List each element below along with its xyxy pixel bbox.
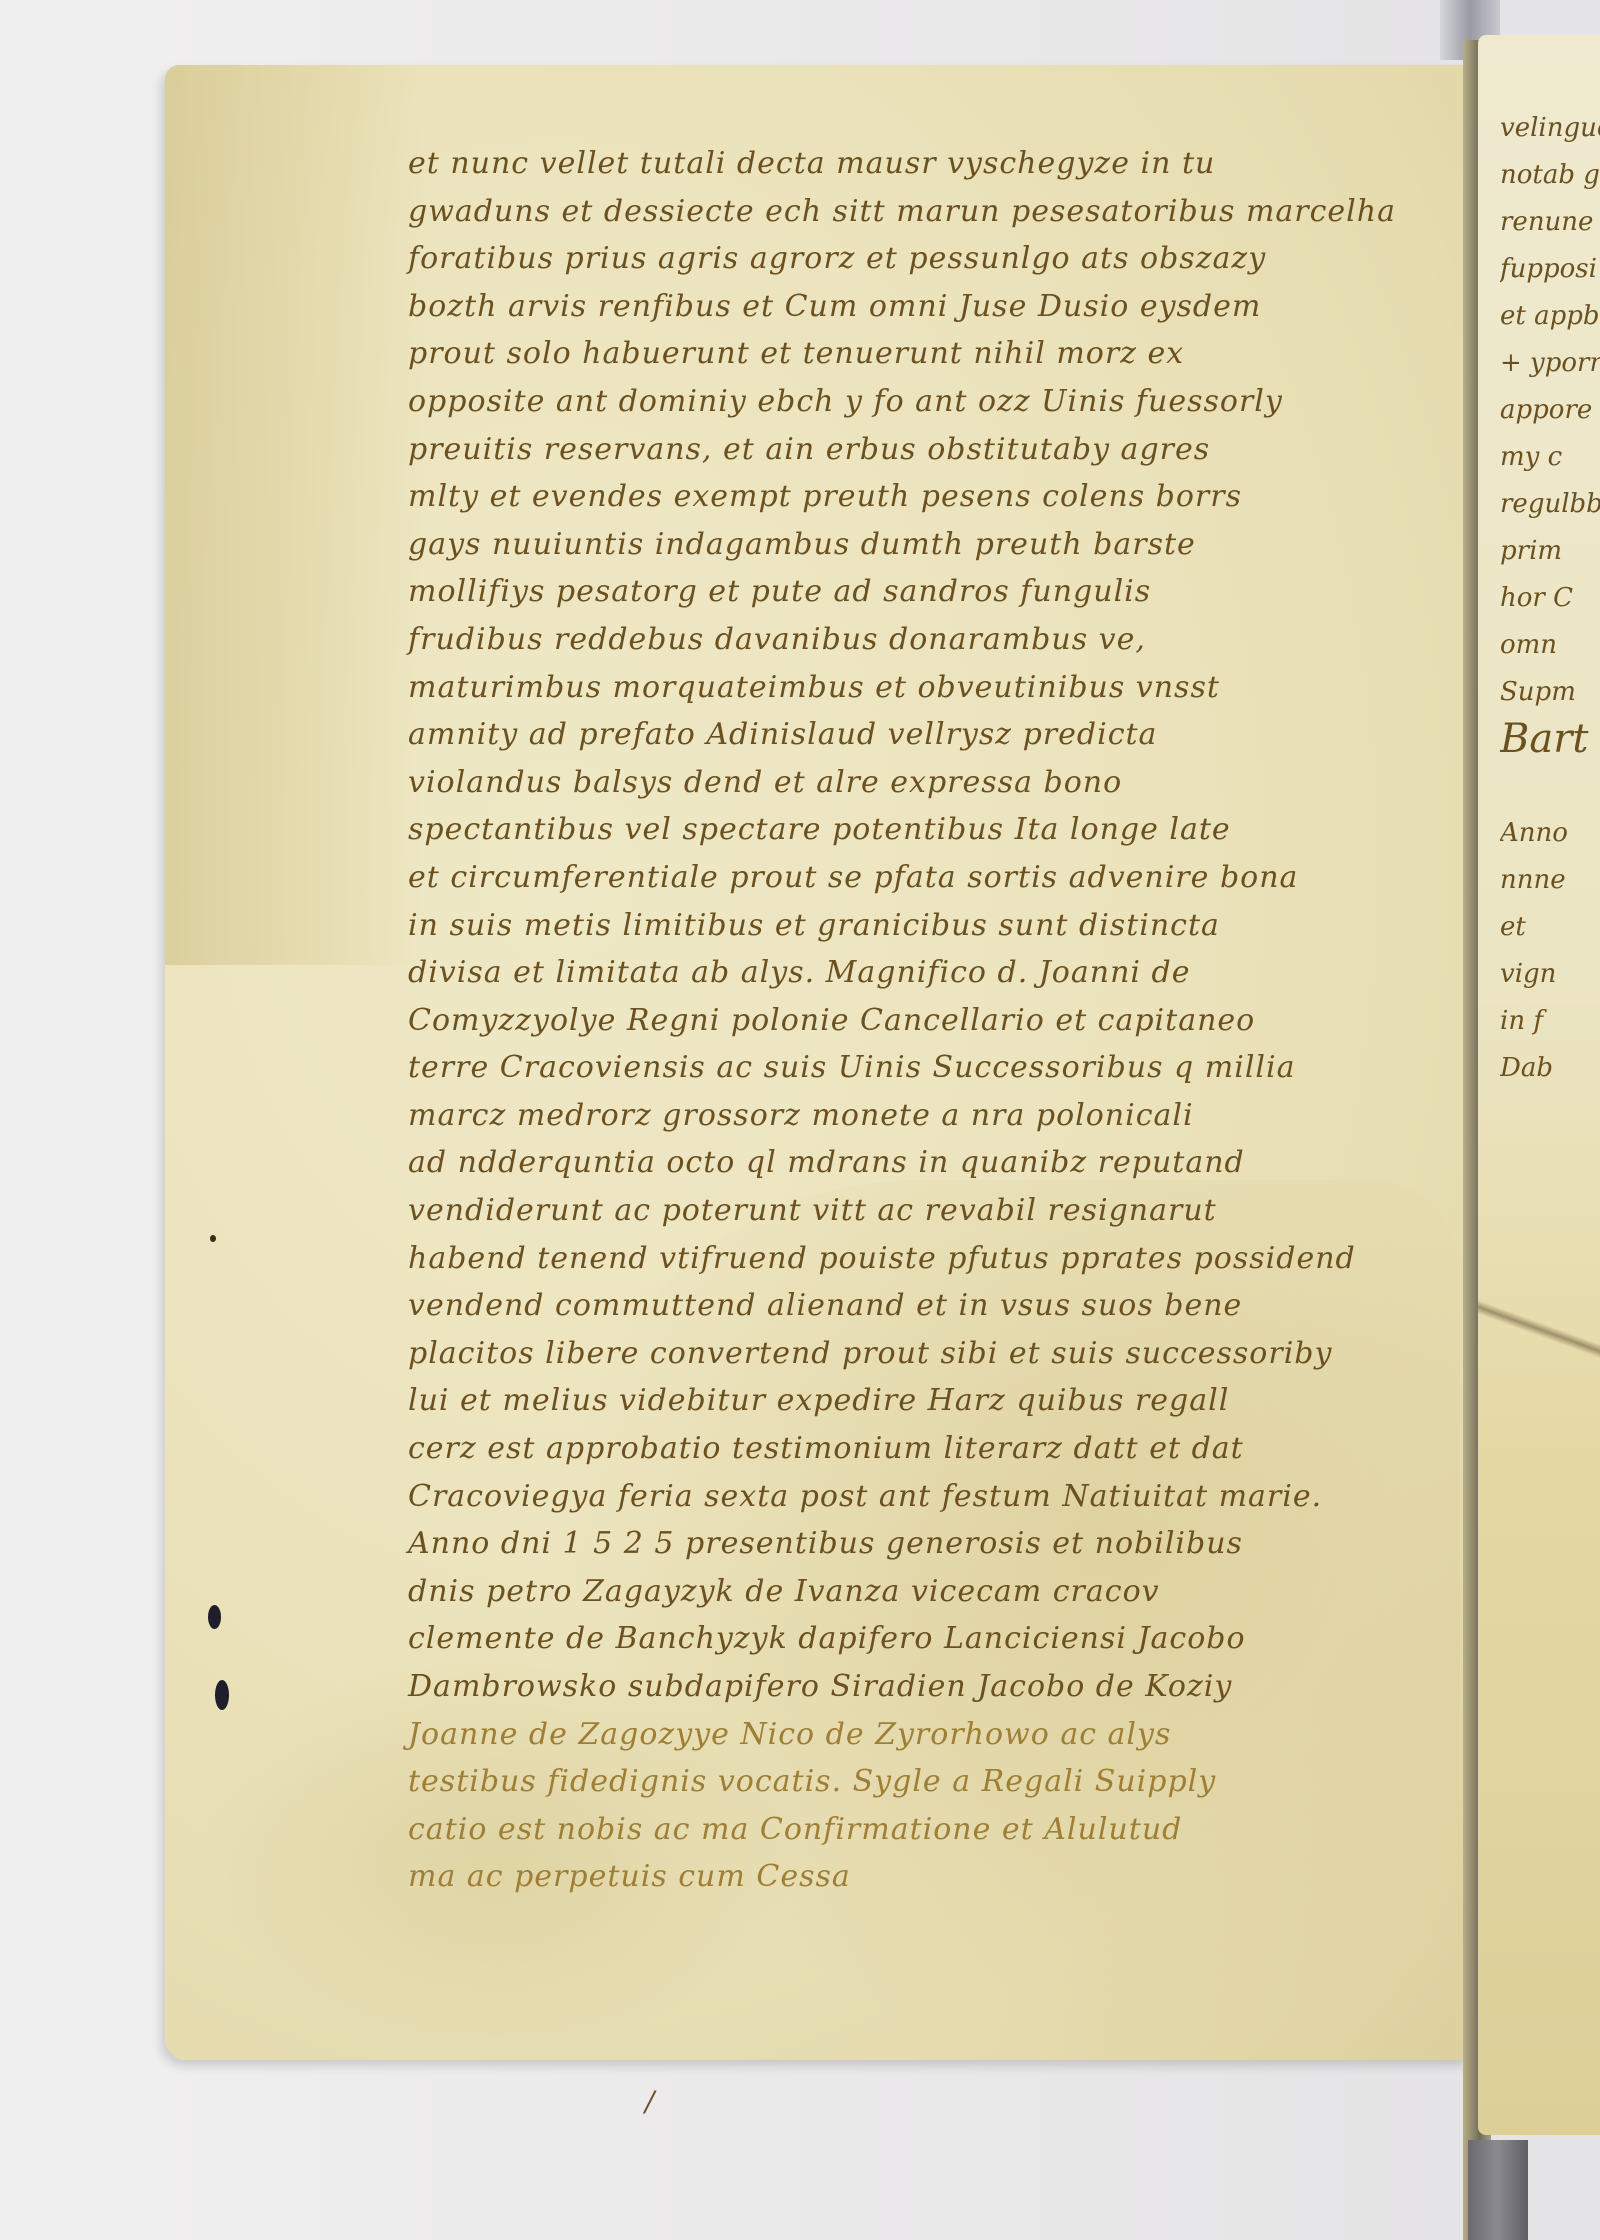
facing-page-line: omn [1500,622,1600,669]
manuscript-line: et nunc vellet tutali decta mausr vysche… [408,140,1448,188]
manuscript-line: vendend commuttend alienand et in vsus s… [408,1282,1448,1330]
facing-page-line: Bart [1500,716,1600,763]
facing-page-line: et [1500,904,1600,951]
facing-page-line: et appb [1500,293,1600,340]
manuscript-line: frudibus reddebus davanibus donarambus v… [408,616,1448,664]
manuscript-line: terre Cracoviensis ac suis Uinis Success… [408,1044,1448,1092]
folio-mark: / [645,2085,654,2118]
facing-page-line: hor C [1500,575,1600,622]
facing-page-line: regulbb [1500,481,1600,528]
manuscript-line: divisa et limitata ab alys. Magnifico d.… [408,949,1448,997]
manuscript-line: preuitis reservans, et ain erbus obstitu… [408,426,1448,474]
manuscript-line: gays nuuiuntis indagambus dumth preuth b… [408,521,1448,569]
manuscript-line: placitos libere convertend prout sibi et… [408,1330,1448,1378]
binding-clamp-bottom [1468,2140,1528,2240]
manuscript-line: violandus balsys dend et alre expressa b… [408,759,1448,807]
manuscript-line: testibus fidedignis vocatis. Sygle a Reg… [408,1758,1448,1806]
manuscript-line: prout solo habuerunt et tenuerunt nihil … [408,330,1448,378]
manuscript-line: amnity ad prefato Adinislaud vellrysz pr… [408,711,1448,759]
facing-page-line: in f [1500,998,1600,1045]
facing-page-line: Dab [1500,1045,1600,1092]
facing-page-line: Anno [1500,810,1600,857]
facing-page-line: prim [1500,528,1600,575]
manuscript-line: vendiderunt ac poterunt vitt ac revabil … [408,1187,1448,1235]
manuscript-line: Dambrowsko subdapifero Siradien Jacobo d… [408,1663,1448,1711]
facing-page-line: velingue [1500,105,1600,152]
facing-page-line: fupposi [1500,246,1600,293]
facing-page-line: renune [1500,199,1600,246]
binding-mark [215,1680,229,1710]
manuscript-line: habend tenend vtifruend pouiste pfutus p… [408,1235,1448,1283]
manuscript-line: catio est nobis ac ma Confirmatione et A… [408,1806,1448,1854]
facing-page-line: my c [1500,434,1600,481]
manuscript-line: gwaduns et dessiecte ech sitt marun pese… [408,188,1448,236]
facing-page-line: notab gua [1500,152,1600,199]
manuscript-line: Joanne de Zagozyye Nico de Zyrorhowo ac … [408,1711,1448,1759]
manuscript-line: in suis metis limitibus et granicibus su… [408,902,1448,950]
manuscript-line: cerz est approbatio testimonium literarz… [408,1425,1448,1473]
manuscript-line: ma ac perpetuis cum Cessa [408,1853,1448,1901]
facing-page-fold [1478,1120,1600,1540]
manuscript-line: bozth arvis renfibus et Cum omni Juse Du… [408,283,1448,331]
manuscript-line: ad ndderquntia octo ql mdrans in quanibz… [408,1139,1448,1187]
water-stain-left [165,65,425,965]
manuscript-line: Comyzzyolye Regni polonie Cancellario et… [408,997,1448,1045]
manuscript-line: mlty et evendes exempt preuth pesens col… [408,473,1448,521]
facing-page-line [1500,763,1600,810]
facing-page-line: Supm [1500,669,1600,716]
manuscript-line: maturimbus morquateimbus et obveutinibus… [408,664,1448,712]
manuscript-text-block: et nunc vellet tutali decta mausr vysche… [408,140,1448,1901]
facing-page-line: + yporre [1500,340,1600,387]
binding-mark [208,1605,221,1629]
facing-page-text: velinguenotab guarenunefupposiet appb+ y… [1500,105,1600,1092]
facing-page-line: vign [1500,951,1600,998]
manuscript-line: et circumferentiale prout se pfata sorti… [408,854,1448,902]
facing-page-line: appore [1500,387,1600,434]
manuscript-line: Cracoviegya feria sexta post ant festum … [408,1473,1448,1521]
manuscript-line: marcz medrorz grossorz monete a nra polo… [408,1092,1448,1140]
manuscript-line: spectantibus vel spectare potentibus Ita… [408,806,1448,854]
manuscript-line: dnis petro Zagayzyk de Ivanza vicecam cr… [408,1568,1448,1616]
manuscript-line: foratibus prius agris agrorz et pessunlg… [408,235,1448,283]
manuscript-line: clemente de Banchyzyk dapifero Lancicien… [408,1615,1448,1663]
ink-dot [210,1235,216,1242]
manuscript-line: lui et melius videbitur expedire Harz qu… [408,1377,1448,1425]
manuscript-line: Anno dni 1 5 2 5 presentibus generosis e… [408,1520,1448,1568]
manuscript-line: opposite ant dominiy ebch y fo ant ozz U… [408,378,1448,426]
manuscript-line: mollifiys pesatorg et pute ad sandros fu… [408,568,1448,616]
facing-page-line: nnne [1500,857,1600,904]
